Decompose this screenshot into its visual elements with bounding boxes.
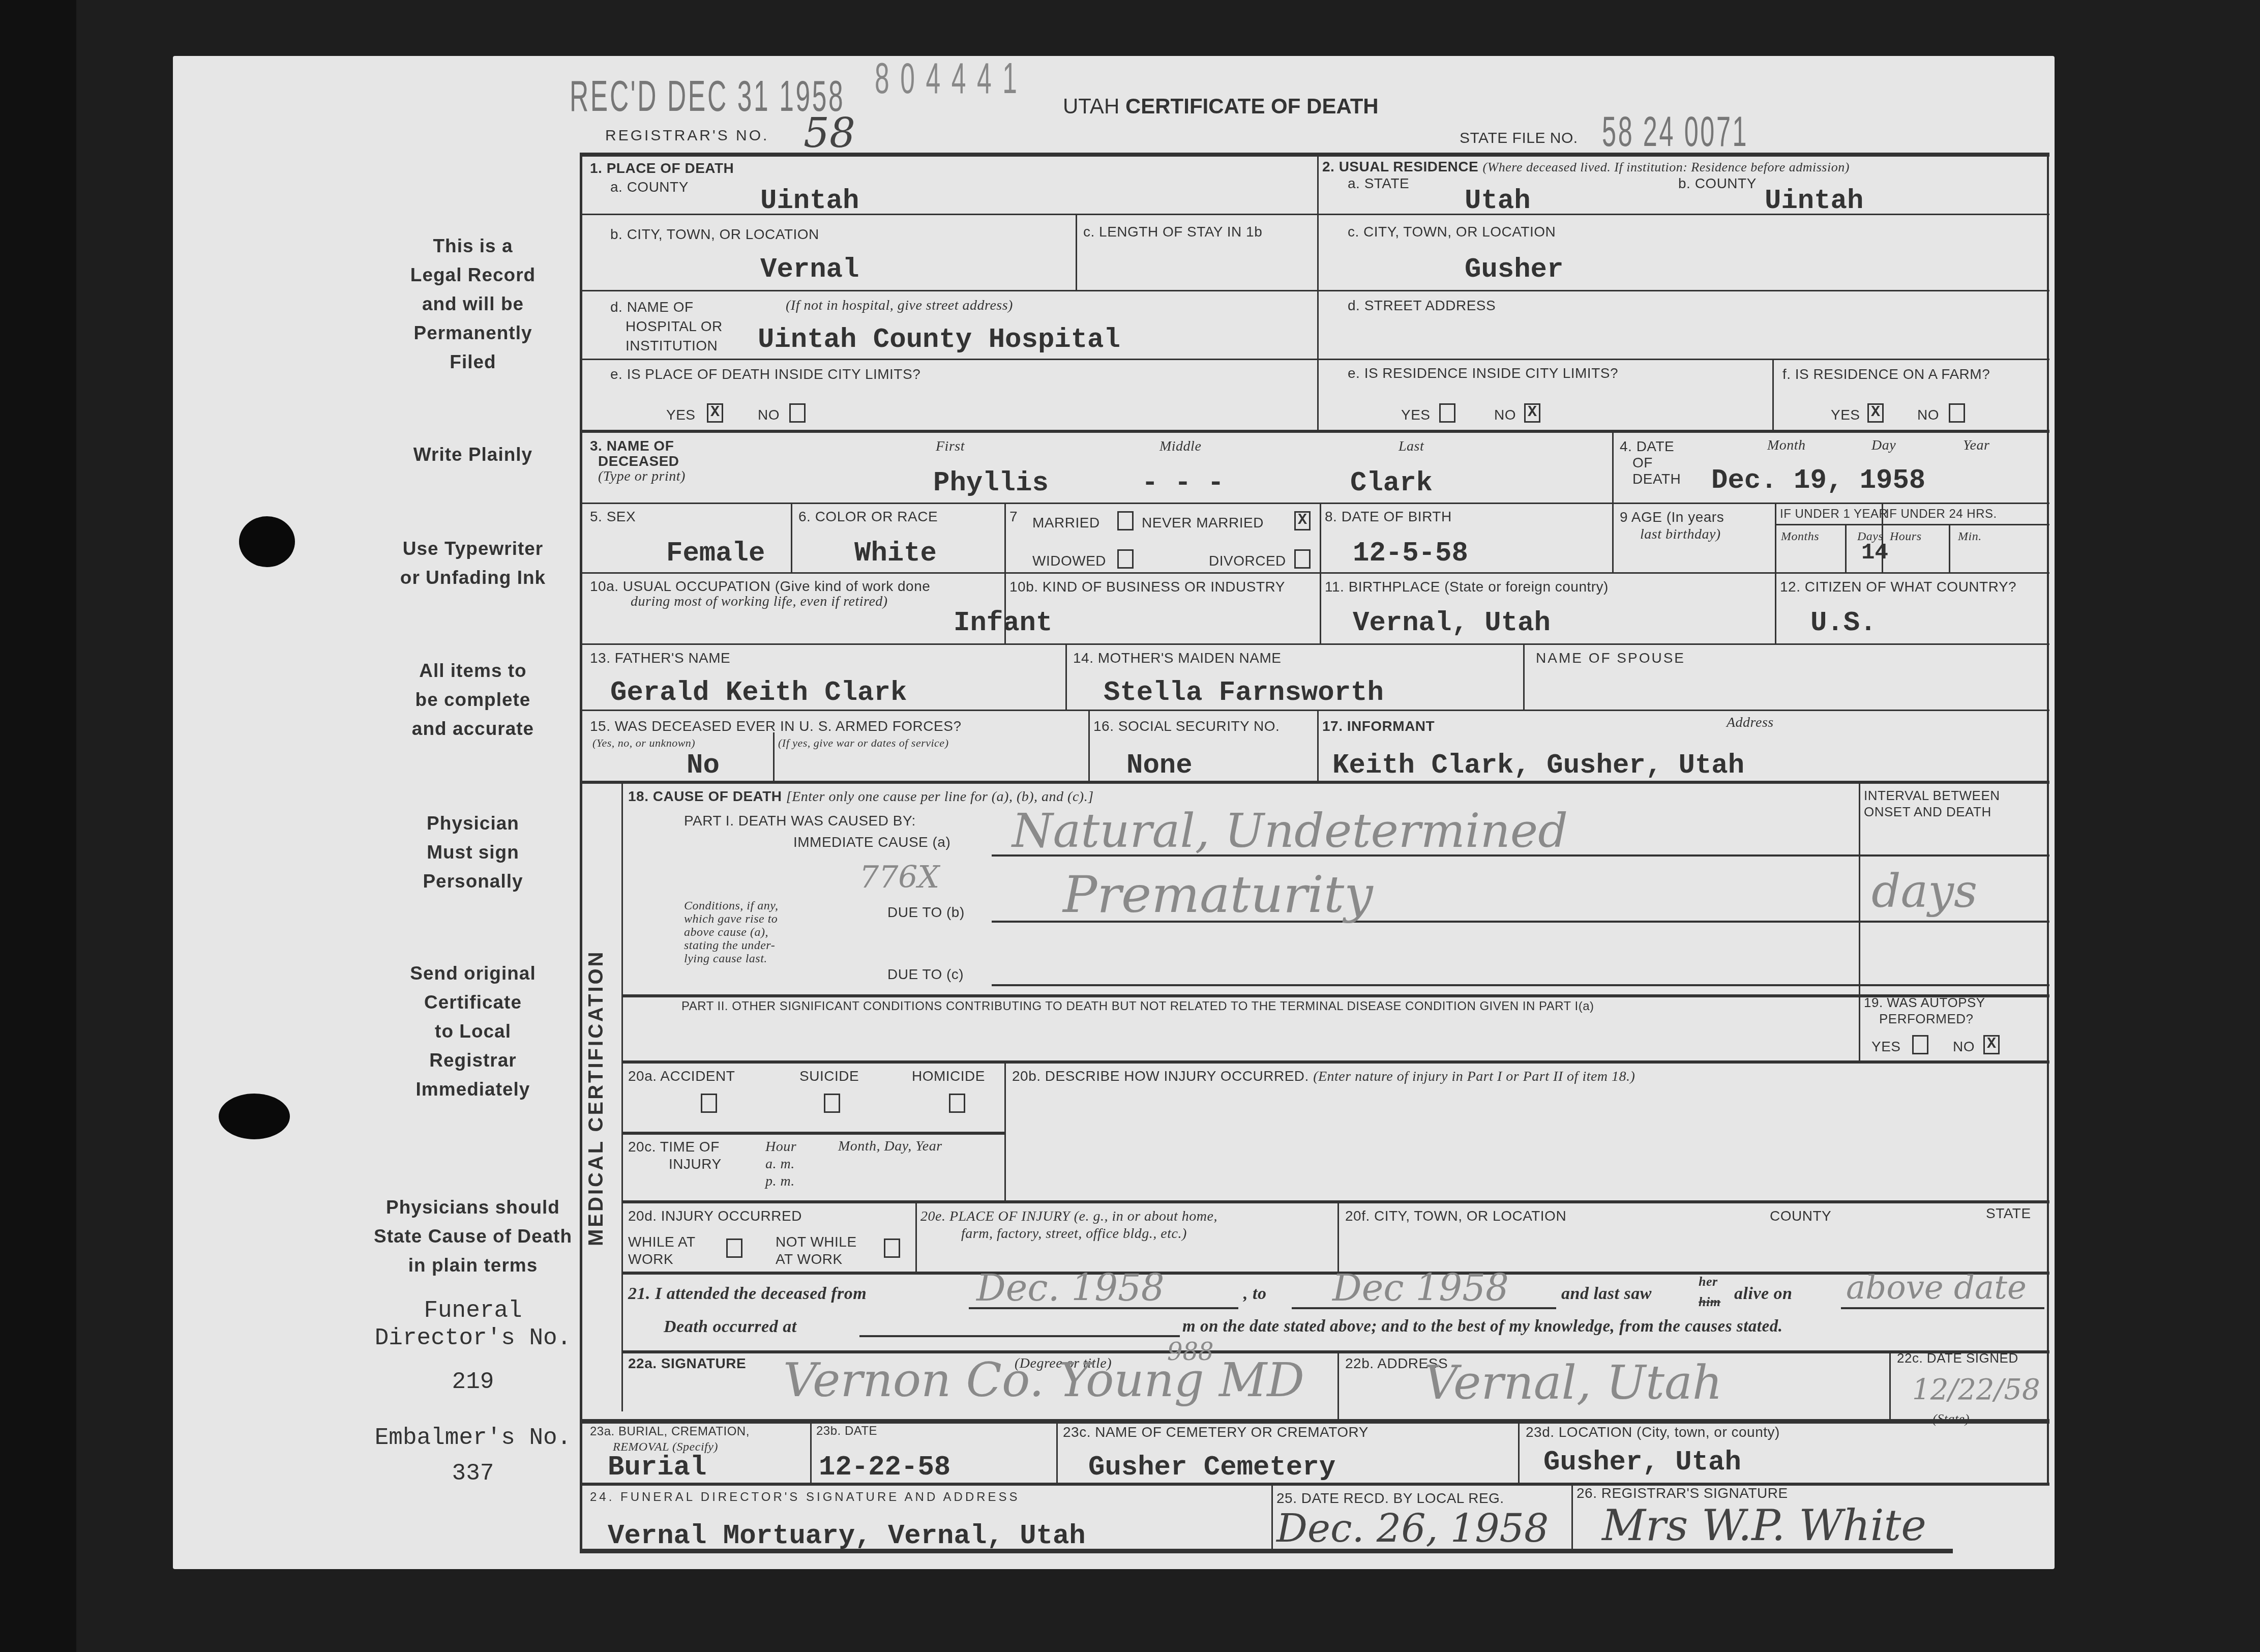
cemetery-label: 23c. NAME OF CEMETERY OR CREMATORY [1063,1424,1369,1440]
alive-on-field[interactable]: above date [1846,1269,2027,1307]
death-occurred-label: Death occurred at [664,1317,797,1337]
informant-field[interactable]: Keith Clark, Gusher, Utah [1332,750,1744,781]
pod-yes-label: YES [666,407,696,423]
ssn-field[interactable]: None [1126,750,1193,781]
cause-heading: 18. CAUSE OF DEATH [Enter only one cause… [628,788,1094,805]
binder-edge [0,0,76,1652]
min-label: Min. [1958,530,1982,544]
location-label: 23d. LOCATION (City, town, or county) [1526,1424,1780,1440]
res-state-label: a. STATE [1348,175,1409,192]
date-of-death-label: 4. DATE OF DEATH [1620,438,1681,487]
funeral-director-field[interactable]: Vernal Mortuary, Vernal, Utah [608,1521,1086,1552]
state-file-no-label: STATE FILE NO. [1460,130,1578,147]
state-file-no-value: 58 24 0071 [1602,107,1748,156]
burial-date-label: 23b. DATE [816,1424,877,1438]
age-label: 9 AGE (In years last birthday) [1620,509,1724,543]
part1-label: PART I. DEATH WAS CAUSED BY: [684,813,916,829]
injury-county-label: COUNTY [1770,1208,1831,1224]
dob-field[interactable]: 12-5-58 [1353,538,1468,569]
last-saw-label: and last saw [1561,1284,1652,1304]
signature-label: 22a. SIGNATURE [628,1355,746,1372]
signature-number: 988 [1167,1338,1214,1366]
mother-field[interactable]: Stella Farnsworth [1104,677,1384,709]
informant-address-label: Address [1727,715,1774,731]
injury-occurred-label: 20d. INJURY OCCURRED [628,1208,802,1224]
date-of-death-field[interactable]: Dec. 19, 1958 [1711,465,1925,496]
age-days-field[interactable]: 14 [1861,540,1888,566]
margin-note-write-plainly: Write Plainly [356,440,590,469]
registrars-no-value: 58 [804,109,855,157]
interval-field[interactable]: days [1871,865,1977,918]
death-occurred-time-field[interactable] [859,1315,1180,1335]
pod-inside-city-label: e. IS PLACE OF DEATH INSIDE CITY LIMITS? [610,366,920,382]
due-to-b-field[interactable]: Prematurity [1063,865,1373,924]
margin-note-send-original: Send originalCertificateto LocalRegistra… [356,959,590,1104]
married-checkbox[interactable] [1117,511,1134,530]
injury-state-label: STATE [1986,1205,2031,1222]
length-of-stay-label: c. LENGTH OF STAY IN 1b [1083,224,1262,240]
while-at-work-checkbox[interactable] [726,1238,742,1258]
immediate-cause-field[interactable]: Natural, Undetermined [1012,804,1568,858]
res-county-label: b. COUNTY [1678,175,1757,192]
pod-inside-city-no-checkbox[interactable] [789,403,806,423]
last-label: Last [1399,438,1424,455]
widowed-label: WIDOWED [1032,553,1106,569]
registrar-signature-label: 26. REGISTRAR'S SIGNATURE [1577,1485,1788,1501]
pod-no-label: NO [758,407,780,423]
res-farm-yes-checkbox[interactable]: X [1867,403,1884,423]
informant-label: 17. INFORMANT [1322,718,1435,734]
date-signed-label: 22c. DATE SIGNED [1897,1350,2018,1366]
res-city-field[interactable]: Gusher [1465,254,1563,285]
due-to-c-label: DUE TO (c) [887,966,964,983]
date-recd-field[interactable]: Dec. 26, 1958 [1276,1506,1549,1551]
occupation-field[interactable]: Infant [954,608,1052,639]
margin-note-complete: All items tobe completeand accurate [356,656,590,743]
embalmer-no-value: 337 [356,1460,590,1487]
title-main: CERTIFICATE OF DEATH [1125,94,1379,118]
embalmer-no-label: Embalmer's No. [356,1424,590,1452]
res-inside-city-no-checkbox[interactable]: X [1524,403,1540,423]
while-at-work-label: WHILE AT WORK [628,1233,696,1268]
pod-inside-city-yes-checkbox[interactable]: X [707,403,723,423]
title-state: UTAH [1063,94,1119,118]
res-state-field[interactable]: Utah [1465,186,1531,217]
armed-forces-hint-1: (Yes, no, or unknown) [592,736,695,750]
pod-county-field[interactable]: Uintah [760,186,859,217]
hospital-field[interactable]: Uintah County Hospital [758,324,1120,356]
divorced-label: DIVORCED [1209,553,1286,569]
pod-city-label: b. CITY, TOWN, OR LOCATION [610,226,819,243]
serial-stamp: 8 0 4 4 4 1 [875,53,1019,104]
months-label: Months [1781,530,1819,544]
deceased-name-label: 3. NAME OF DECEASED (Type or print) [590,438,686,484]
citizen-field[interactable]: U.S. [1810,608,1877,639]
attended-to-field[interactable]: Dec 1958 [1332,1266,1509,1309]
cause-code: 776X [859,860,939,895]
divorced-checkbox[interactable] [1294,549,1311,569]
res-inside-city-label: e. IS RESIDENCE INSIDE CITY LIMITS? [1348,365,1618,381]
autopsy-no-checkbox[interactable]: X [1983,1035,2000,1054]
location-field[interactable]: Gusher, Utah [1543,1447,1741,1478]
her-label: her [1699,1274,1718,1289]
autopsy-no-label: NO [1953,1039,1975,1055]
injury-city-label: 20f. CITY, TOWN, OR LOCATION [1345,1208,1566,1224]
father-field[interactable]: Gerald Keith Clark [610,677,907,709]
res-yes-label: YES [1401,407,1431,423]
describe-injury-label: 20b. DESCRIBE HOW INJURY OCCURRED. (Ente… [1012,1068,1635,1085]
attended-prefix: 21. I attended the deceased from [628,1284,867,1304]
father-label: 13. FATHER'S NAME [590,650,730,666]
place-of-injury-label: 20e. PLACE OF INJURY (e. g., in or about… [920,1208,1217,1243]
never-married-checkbox[interactable]: X [1294,511,1311,530]
funeral-director-no-value: 219 [356,1368,590,1396]
hospital-label: d. NAME OF HOSPITAL OR INSTITUTION [610,298,723,356]
farm-no-label: NO [1917,407,1939,423]
res-farm-label: f. IS RESIDENCE ON A FARM? [1782,366,1990,382]
funeral-director-no-label: FuneralDirector's No. [356,1297,590,1352]
race-field[interactable]: White [854,538,937,569]
married-label: MARRIED [1032,515,1100,531]
physician-signature-field[interactable]: Vernon Co. Young MD [783,1353,1304,1407]
time-of-injury-label: 20c. TIME OF INJURY [628,1138,722,1173]
res-farm-no-checkbox[interactable] [1949,403,1965,423]
pod-county-label: a. COUNTY [610,179,689,195]
funeral-director-label: 24. FUNERAL DIRECTOR'S SIGNATURE AND ADD… [590,1490,1020,1504]
usual-residence-heading: 2. USUAL RESIDENCE (Where deceased lived… [1322,159,1850,175]
place-of-death-heading: 1. PLACE OF DEATH [590,160,734,176]
ssn-label: 16. SOCIAL SECURITY NO. [1093,718,1280,734]
death-occurred-suffix: m on the date stated above; and to the b… [1182,1317,1782,1336]
farm-yes-label: YES [1831,407,1860,423]
under-1-year-label: IF UNDER 1 YEAR [1780,507,1888,521]
hour-labels: Hour a. m. p. m. [765,1138,796,1190]
never-married-label: NEVER MARRIED [1142,515,1264,531]
cemetery-field[interactable]: Gusher Cemetery [1088,1452,1335,1483]
registrar-signature-field[interactable]: Mrs W.P. White [1602,1500,1926,1550]
under-24-hrs-label: IF UNDER 24 HRS. [1886,507,1997,521]
accident-label: 20a. ACCIDENT [628,1068,735,1084]
punch-hole [219,1094,290,1139]
hours-label: Hours [1890,530,1922,544]
accident-checkbox[interactable] [701,1094,717,1113]
autopsy-label: 19. WAS AUTOPSY PERFORMED? [1864,994,1985,1027]
res-no-label: NO [1494,407,1516,423]
pod-city-field[interactable]: Vernal [760,254,859,285]
month-label: Month [1767,437,1806,454]
suicide-checkbox[interactable] [824,1094,840,1113]
autopsy-yes-label: YES [1871,1039,1901,1055]
attended-from-field[interactable]: Dec. 1958 [976,1266,1165,1309]
form-title: UTAH CERTIFICATE OF DEATH [1063,94,1379,119]
middle-label: Middle [1159,438,1201,455]
armed-forces-hint-2: (If yes, give war or dates of service) [778,736,948,750]
sex-label: 5. SEX [590,509,636,525]
mother-label: 14. MOTHER'S MAIDEN NAME [1073,650,1281,666]
margin-note-legal-record: This is aLegal Recordand will bePermanen… [356,231,590,376]
disposition-field[interactable]: Burial [608,1452,706,1483]
him-label: him [1699,1294,1720,1310]
middle-name-field[interactable]: - - - [1142,468,1224,499]
margin-note-cause-plain: Physicians shouldState Cause of Deathin … [356,1193,590,1280]
medical-certification-label: MEDICAL CERTIFICATION [585,950,608,1247]
mdy-label: Month, Day, Year [838,1138,942,1155]
spouse-label: NAME OF SPOUSE [1536,650,1685,666]
year-label: Year [1963,437,1989,454]
immediate-cause-label: IMMEDIATE CAUSE (a) [793,834,950,850]
suicide-label: SUICIDE [799,1068,859,1084]
marital-num: 7 [1009,509,1018,525]
race-label: 6. COLOR OR RACE [798,509,938,525]
homicide-checkbox[interactable] [949,1094,965,1113]
not-while-at-work-label: NOT WHILE AT WORK [776,1233,857,1268]
state-label: (State) [1932,1411,1970,1427]
birthplace-field[interactable]: Vernal, Utah [1353,608,1551,639]
widowed-checkbox[interactable] [1117,549,1134,569]
date-signed-field[interactable]: 12/22/58 [1912,1373,2040,1406]
res-street-label: d. STREET ADDRESS [1348,298,1496,314]
res-city-label: c. CITY, TOWN, OR LOCATION [1348,224,1556,240]
date-recd-label: 25. DATE RECD. BY LOCAL REG. [1276,1490,1504,1507]
res-county-field[interactable]: Uintah [1765,186,1863,217]
day-label: Day [1871,437,1896,454]
not-while-at-work-checkbox[interactable] [884,1238,900,1258]
interval-label: INTERVAL BETWEEN ONSET AND DEATH [1864,787,2000,820]
conditions-hint: Conditions, if any, which gave rise to a… [684,899,779,965]
first-name-field[interactable]: Phyllis [933,468,1049,499]
punch-hole [239,516,295,567]
part2-label: PART II. OTHER SIGNIFICANT CONDITIONS CO… [681,999,1594,1014]
business-label: 10b. KIND OF BUSINESS OR INDUSTRY [1009,579,1285,595]
physician-address-field[interactable]: Vernal, Utah [1424,1355,1722,1410]
describe-injury-field[interactable] [1012,1094,2044,1195]
burial-date-field[interactable]: 12-22-58 [819,1452,950,1483]
dob-label: 8. DATE OF BIRTH [1325,509,1452,525]
autopsy-yes-checkbox[interactable] [1912,1035,1928,1054]
armed-forces-field[interactable]: No [687,750,720,781]
alive-on-label: alive on [1734,1284,1792,1304]
margin-note-physician-sign: PhysicianMust signPersonally [356,809,590,896]
res-inside-city-yes-checkbox[interactable] [1439,403,1455,423]
first-label: First [936,438,965,455]
sex-field[interactable]: Female [666,538,765,569]
birthplace-label: 11. BIRTHPLACE (State or foreign country… [1325,579,1609,595]
disposition-label: 23a. BURIAL, CREMATION, REMOVAL (Specify… [590,1424,750,1455]
due-to-b-label: DUE TO (b) [887,904,965,921]
hospital-hint: (If not in hospital, give street address… [786,298,1013,314]
citizen-label: 12. CITIZEN OF WHAT COUNTRY? [1780,579,2016,595]
homicide-label: HOMICIDE [912,1068,985,1084]
last-name-field[interactable]: Clark [1350,468,1433,499]
to-label: , to [1243,1284,1266,1304]
occupation-label: 10a. USUAL OCCUPATION (Give kind of work… [590,579,930,609]
registrars-no-label: REGISTRAR'S NO. [605,127,769,144]
armed-forces-label: 15. WAS DECEASED EVER IN U. S. ARMED FOR… [590,718,961,734]
margin-note-typewriter: Use Typewriteror Unfading Ink [356,534,590,592]
